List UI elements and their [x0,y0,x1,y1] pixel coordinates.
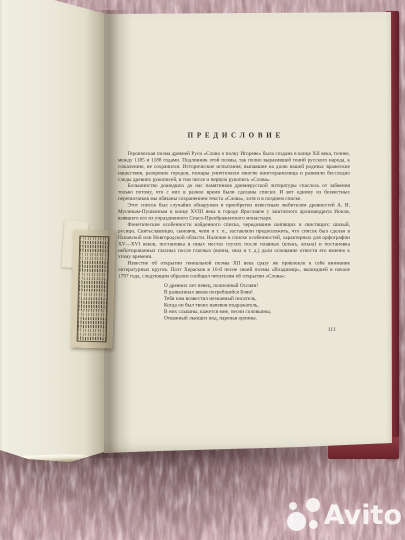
preface-paragraph: Известие об открытии гениальной поэмы XI… [118,261,350,280]
page-title: ПРЕДИСЛОВИЕ [118,133,350,139]
avito-logo-icon [287,498,321,531]
preface-paragraph: Этот список был случайно обнаружен и при… [118,203,350,222]
right-page: ПРЕДИСЛОВИЕ Героическая поэма древней Ру… [104,11,392,455]
verse-quote: О древних лет певец, полночный Оссиян! В… [164,283,350,322]
book-photo: ПРЕДИСЛОВИЕ Героическая поэма древней Ру… [0,0,405,540]
preface-paragraph: Большинство дошедших до нас памятников д… [118,183,350,202]
avito-watermark: Avito [287,498,402,531]
preface-paragraph: Фонетические особенности найденного спис… [118,222,350,261]
watermark-label: Avito [324,501,402,531]
inserted-slip [70,229,115,348]
preface-text-block: ПРЕДИСЛОВИЕ Героическая поэма древней Ру… [118,125,350,333]
slip-text-lines [77,236,110,343]
preface-paragraph: Героическая поэма древней Руси «Слово о … [118,151,350,183]
page-number: III [118,327,350,333]
verse-line: Отважный льющих вод, паренья орлины. [164,315,350,321]
